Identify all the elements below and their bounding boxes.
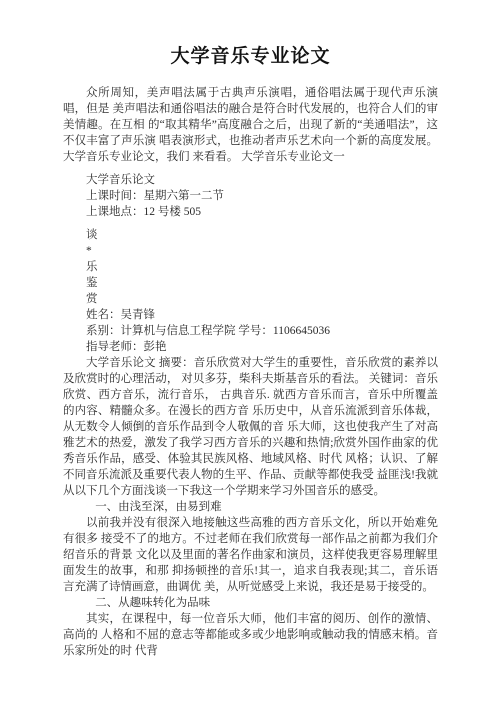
page-title: 大学音乐专业论文 — [63, 44, 438, 70]
paragraph: 众所周知，美声唱法属于古典声乐演唱，通俗唱法属于现代声乐演唱，但是 美声唱法和通… — [63, 85, 438, 165]
text-line: 姓名：吴青锋 — [63, 307, 438, 323]
paragraph: 大学音乐论文 摘要：音乐欣赏对大学生的重要性，音乐欣赏的素养以及欣赏时的心理活动… — [63, 355, 438, 499]
text-line: 指导老师：彭艳 — [63, 339, 438, 355]
text-line: 大学音乐论文 — [63, 172, 438, 188]
text-line: 上课地点：12 号楼 505 — [63, 204, 438, 220]
text-line: 谈 — [63, 227, 438, 243]
text-line: 乐 — [63, 259, 438, 275]
paragraph: 其实，在课程中，每一位音乐大师，他们丰富的阅历、创作的激情、高尚的 人格和不屈的… — [63, 611, 438, 659]
text-line: 鉴 — [63, 275, 438, 291]
text-line: 赏 — [63, 291, 438, 307]
document-body: 众所周知，美声唱法属于古典声乐演唱，通俗唱法属于现代声乐演唱，但是 美声唱法和通… — [63, 85, 438, 659]
text-line: 上课时间：星期六第一二节 — [63, 188, 438, 204]
paragraph: 以前我并没有很深入地接触这些高雅的西方音乐文化，所以开始难免有很多 接受不了的地… — [63, 515, 438, 595]
section-heading: 二、从趣味转化为品味 — [63, 595, 438, 611]
text-line: 系别：计算机与信息工程学院 学号：1106645036 — [63, 323, 438, 339]
section-heading: 一、由浅至深，由易到难 — [63, 499, 438, 515]
document-page: 大学音乐专业论文 众所周知，美声唱法属于古典声乐演唱，通俗唱法属于现代声乐演唱，… — [0, 0, 500, 707]
text-line: * — [63, 243, 438, 259]
